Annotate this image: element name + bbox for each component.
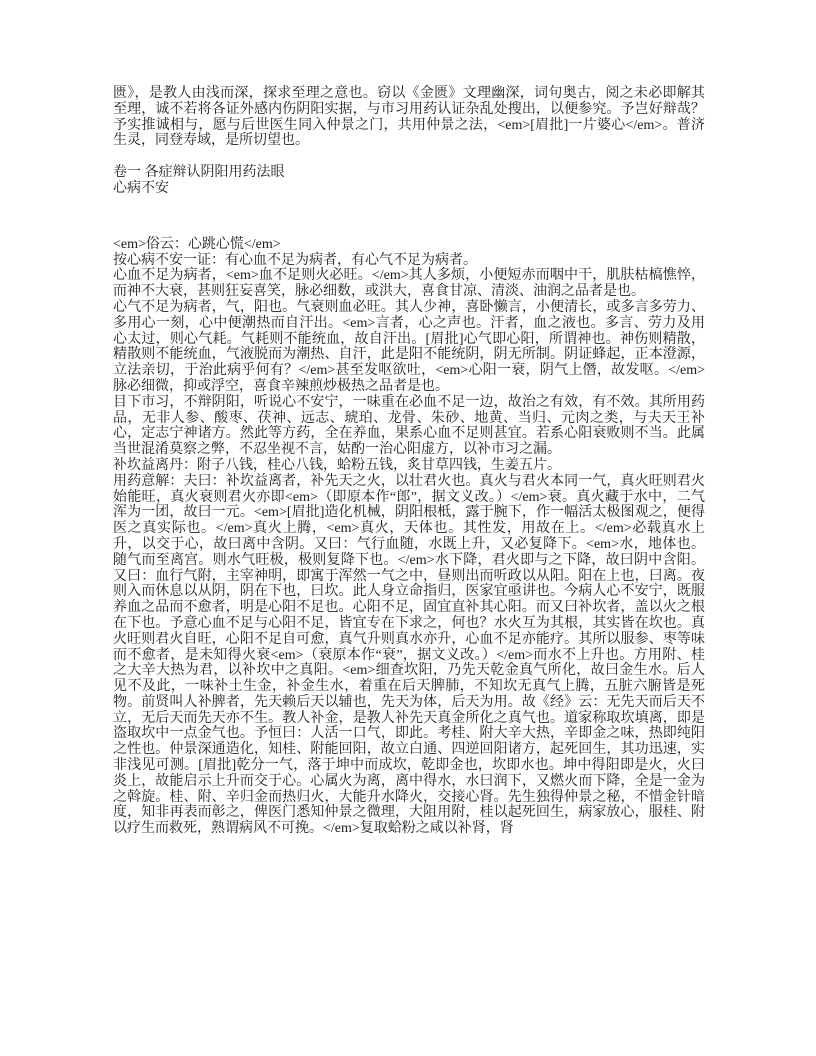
paragraph-market-practice: 目下市习，不辩阴阳，听说心不安宁，一味重在必血不足一边，故治之有效，有不效。其所… xyxy=(113,395,705,458)
paragraph-prescription: 补坎益离丹：附子八钱，桂心八钱，蛤粉五钱，炙甘草四钱，生姜五片。 xyxy=(113,458,705,474)
paragraph-common-saying: <em>俗云：心跳心慌</em> xyxy=(113,237,705,253)
paragraph-blood-deficiency: 心血不足为病者，<em>血不足则火必旺。</em>其人多烦，小便短赤而咽中干，肌… xyxy=(113,268,705,300)
section-heading: 心病不安 xyxy=(113,181,705,197)
intro-paragraph: 匮》，是教人由浅而深，探求至理之意也。窃以《金匮》文理幽深，词句奥古，阅之未必即… xyxy=(113,86,705,149)
document-page: 匮》，是教人由浅而深，探求至理之意也。窃以《金匮》文理幽深，词句奥古，阅之未必即… xyxy=(0,0,816,1056)
paragraph-qi-deficiency: 心气不足为病者，气，阳也。气衰则血必旺。其人少神，喜卧懒言，小便清长，或多言多劳… xyxy=(113,300,705,395)
paragraph-medication-explanation: 用药意解：夫曰：补坎益离者，补先天之火，以壮君火也。真火与君火本同一气，真火旺则… xyxy=(113,474,705,837)
chapter-heading: 卷一 各症辩认阴阳用药法眼 xyxy=(113,165,705,181)
paragraph-overview: 按心病不安一证：有心血不足为病者，有心气不足为病者。 xyxy=(113,253,705,269)
